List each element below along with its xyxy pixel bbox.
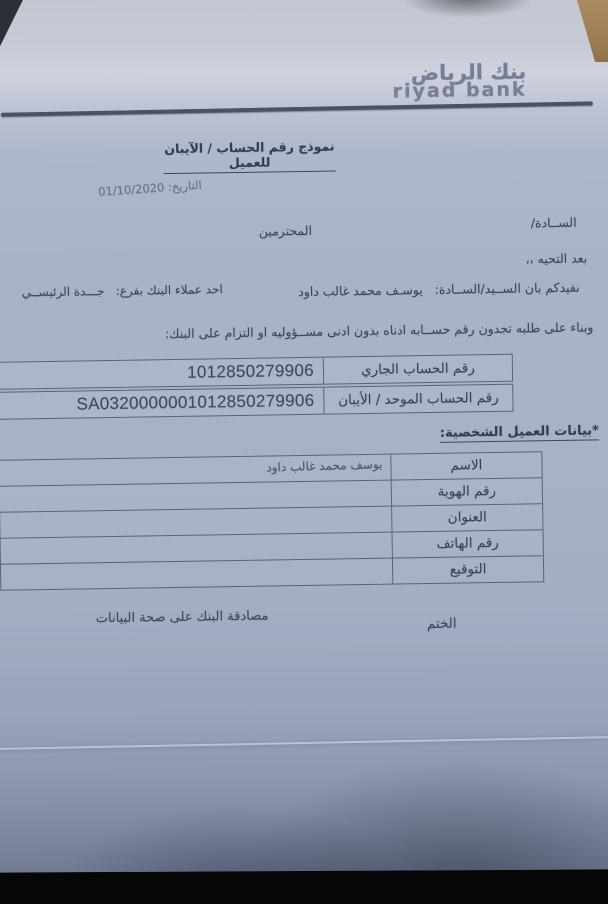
row-label: رقم الهوية [391, 478, 542, 505]
stamp-label: الختم [427, 616, 457, 632]
bank-form-document: بنك الرياض riyad bank نموذج رقم الحساب /… [0, 0, 608, 880]
certification-label: مصادقة البنك على صحة البيانات [96, 609, 269, 627]
row-label: رقم الحساب الجاري [323, 355, 512, 384]
disclaimer-line: وبناء على طلبه تجدون رقم حســابه ادناه ب… [165, 319, 594, 341]
iban-number: SA0320000001012850279906 [0, 388, 324, 419]
row-label: التوقيع [392, 556, 543, 583]
signature-value [1, 559, 392, 590]
riyad-bank-logo: بنك الرياض riyad bank [392, 60, 527, 102]
logo-latin-text: riyad bank [393, 81, 527, 103]
date-line: التاريخ: 01/10/2020 [98, 178, 202, 199]
customer-intro-line: نفيدكم بان الســيد/الســادة: يوسـف محمد … [298, 280, 580, 299]
personal-details-table: الاسم يوسف محمد غالب داود رقم الهوية الع… [0, 451, 544, 591]
account-numbers-table: رقم الحساب الجاري 1012850279906 رقم الحس… [0, 354, 514, 422]
current-account-number: 1012850279906 [0, 358, 323, 389]
table-row-iban: رقم الحساب الموحد / الأيبان SA0320000001… [0, 384, 514, 420]
personal-details-title: *بيانات العميل الشخصية: [440, 423, 599, 442]
row-label: رقم الحساب الموحد / الأيبان [323, 385, 512, 414]
greeting-line: بعد التحيه ،، [525, 251, 587, 267]
branch-line: احد عملاء البنك بفرع: جـــدة الرئيســي [22, 282, 223, 299]
scanned-document-photo: بنك الرياض riyad bank نموذج رقم الحساب /… [0, 0, 608, 904]
addressee-honorific: المحترمين [259, 223, 312, 239]
header-divider-rule [1, 101, 593, 116]
row-label: العنوان [391, 504, 542, 531]
row-label: رقم الهاتف [392, 530, 543, 557]
addressee-line: الســادة/ [531, 215, 577, 231]
row-label: الاسم [390, 452, 541, 479]
form-title: نموذج رقم الحساب / الآيبان للعميل [163, 138, 335, 174]
